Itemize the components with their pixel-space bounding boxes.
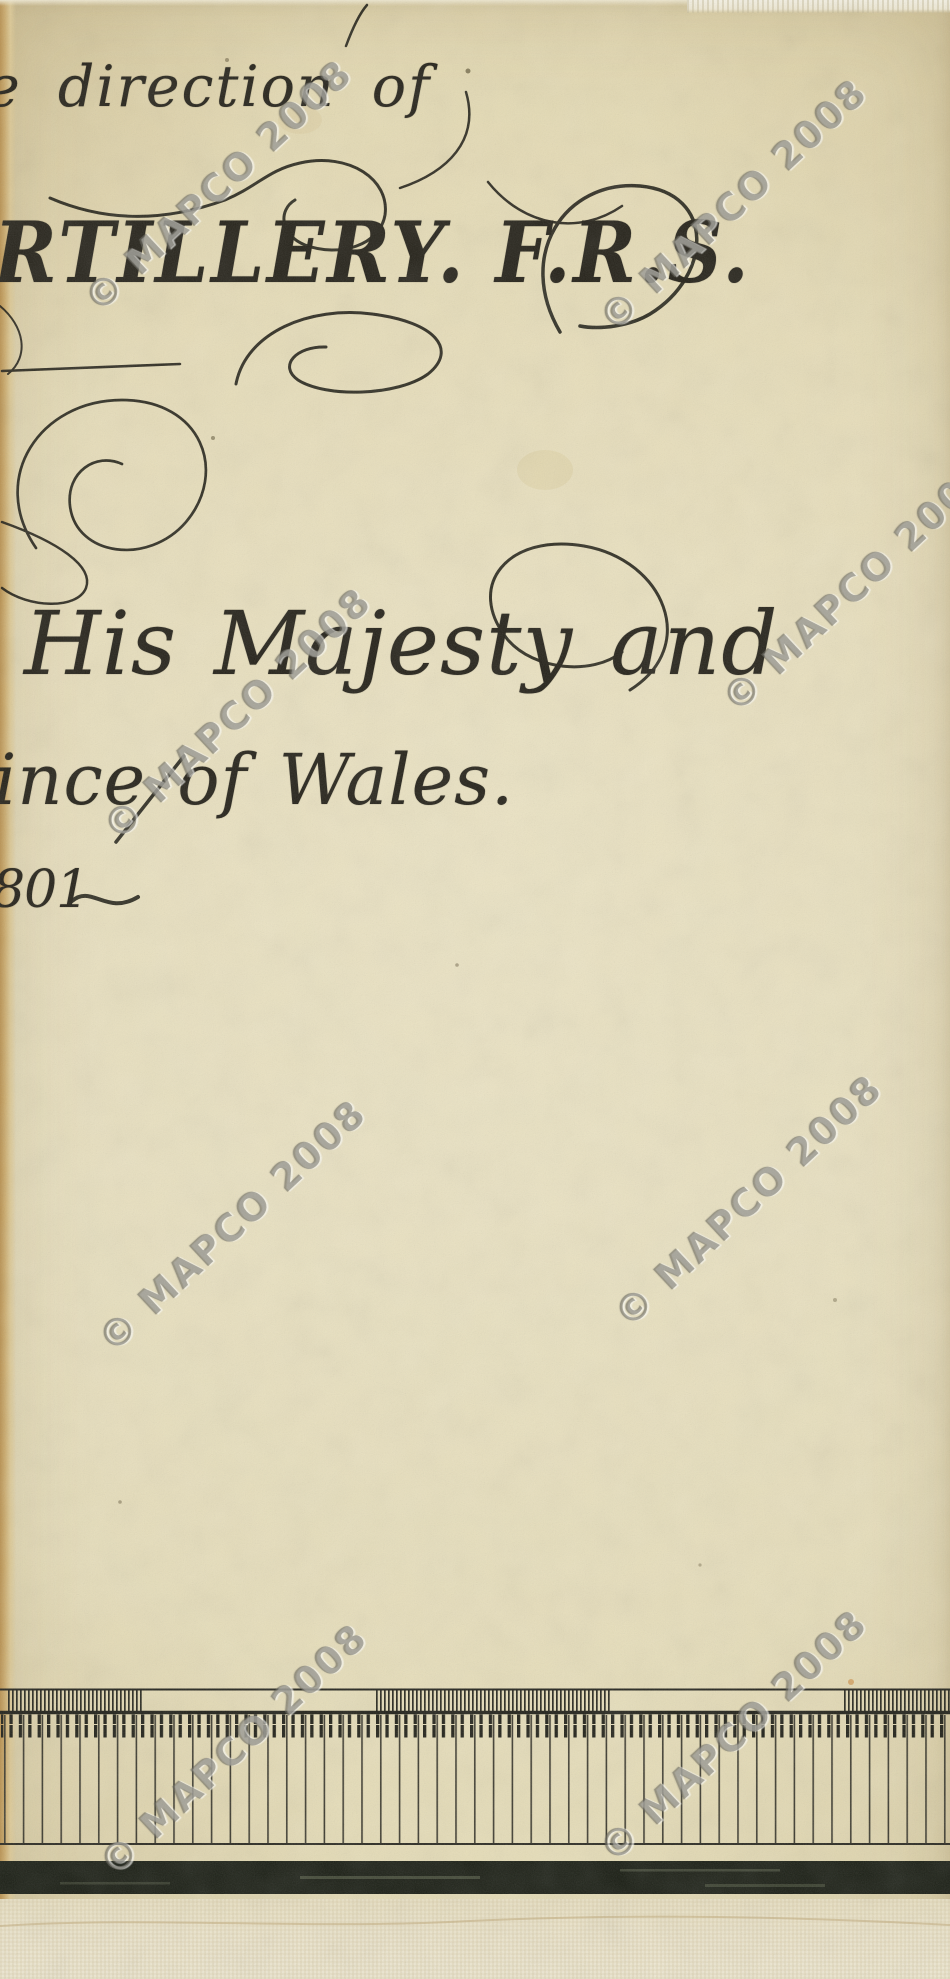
scale-bar [0, 1690, 950, 1927]
bar-streak [705, 1884, 825, 1887]
top-cut-flourish [346, 5, 367, 46]
title-line-year: 801 [0, 864, 88, 916]
mapco-watermark: © MAPCO 2008 [586, 1597, 879, 1875]
title-line-wales: ince of Wales. [0, 745, 514, 815]
bar-streak [60, 1882, 170, 1885]
title-line-artillery: RTILLERY. F.R.S. [0, 211, 751, 295]
mapco-watermark: © MAPCO 2008 [601, 1062, 894, 1340]
scale-bar-hatched-segment [376, 1691, 612, 1712]
bottom-thick-bar [0, 1861, 950, 1894]
comb-tick-row [1, 1715, 949, 1738]
binding-stitch-strip [687, 0, 950, 13]
scale-bar-hatched-segment [6, 1691, 142, 1712]
mapco-watermark: © MAPCO 2008 [86, 1611, 379, 1889]
scale-bar-hatched-segment [842, 1691, 950, 1712]
linen-mount-texture [0, 1899, 950, 1979]
title-line-direction: e direction of [0, 59, 431, 116]
lying-loop-flourish [236, 313, 441, 393]
bar-streak [620, 1869, 780, 1872]
spiral-flourish [18, 400, 206, 550]
bar-streak [300, 1876, 480, 1879]
scanned-map-page: e direction of RTILLERY. F.R.S. His Maje… [0, 0, 950, 1979]
mapco-watermark: © MAPCO 2008 [85, 1087, 378, 1365]
title-line-majesty: His Majesty and [24, 600, 779, 688]
drop-line-row [0, 1715, 950, 1843]
paper-specks [118, 58, 854, 1685]
rule-line [2, 364, 180, 371]
